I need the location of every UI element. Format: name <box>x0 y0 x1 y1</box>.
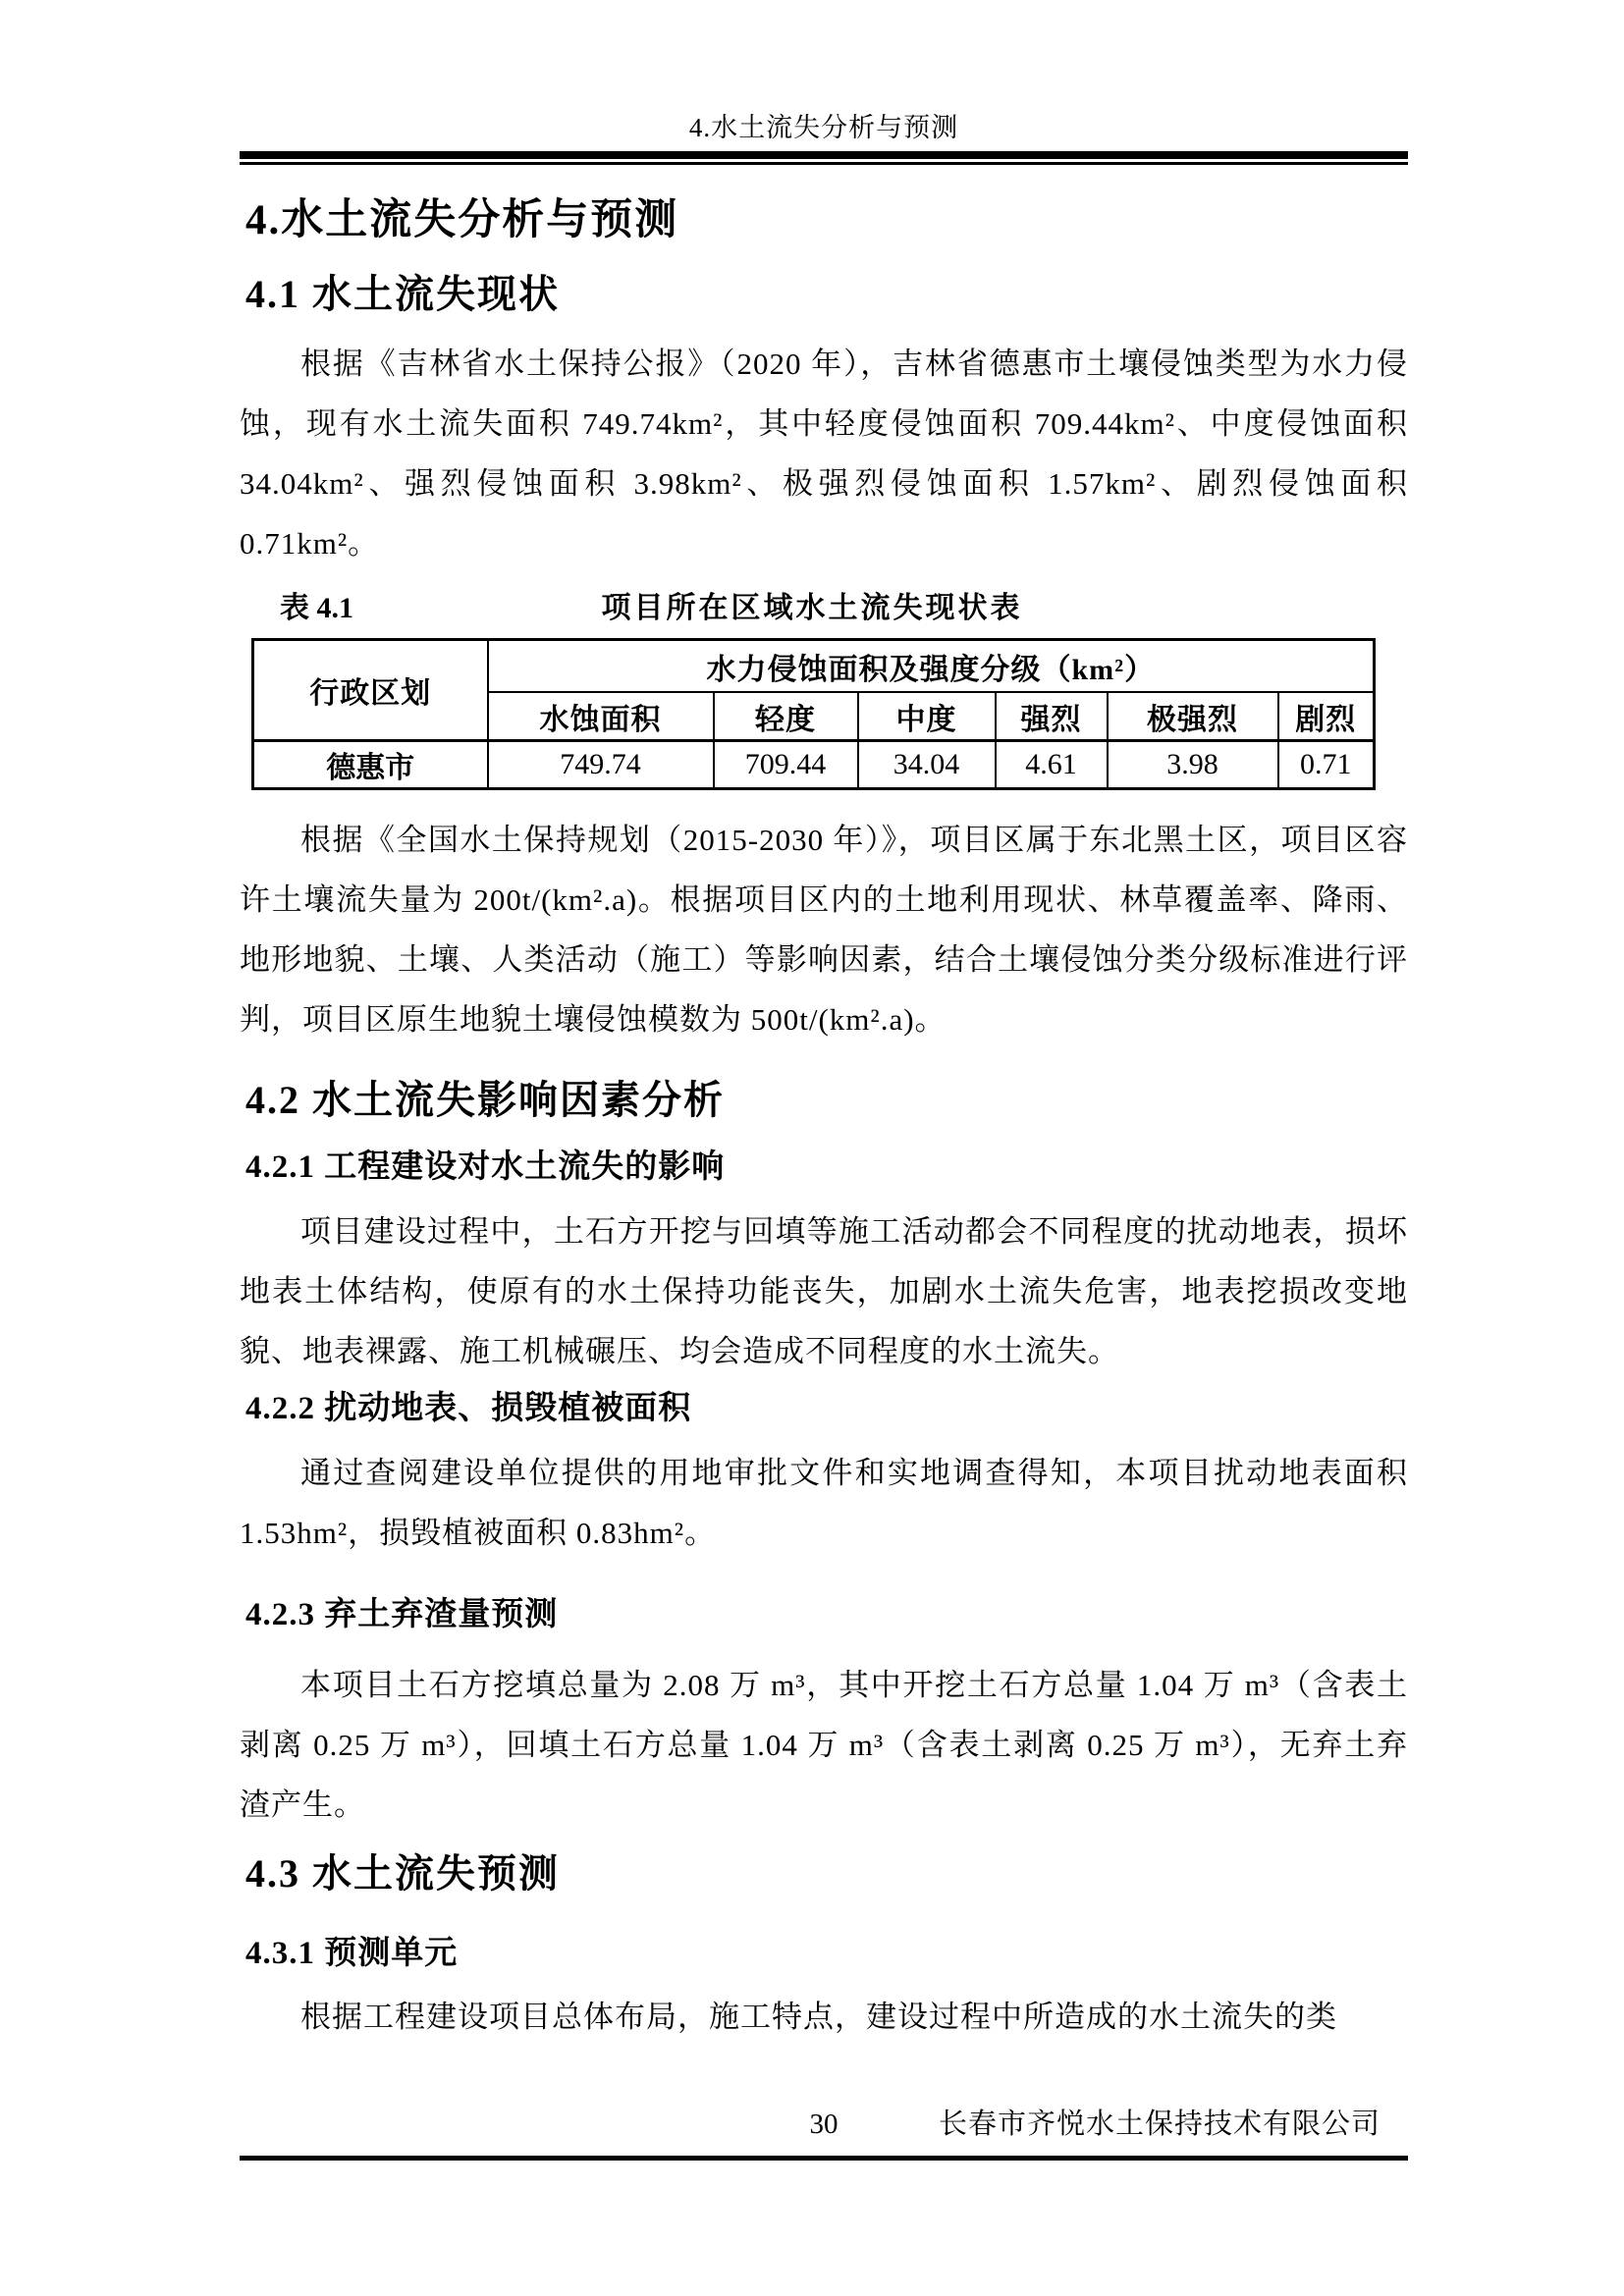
table-cell-region: 德惠市 <box>253 741 488 789</box>
paragraph-4-1-b: 根据《全国水土保持规划（2015-2030 年）》，项目区属于东北黑土区，项目区… <box>240 810 1408 1049</box>
table-cell-5: 0.71 <box>1278 741 1375 789</box>
section-heading-4-2: 4.2 水土流失影响因素分析 <box>245 1079 1408 1122</box>
paragraph-4-2-2: 通过查阅建设单位提供的用地审批文件和实地调查得知，本项目扰动地表面积 1.53h… <box>240 1443 1408 1563</box>
chapter-heading: 4.水土流失分析与预测 <box>245 198 1408 243</box>
header-rule <box>240 151 1408 165</box>
section-heading-4-1: 4.1 水土流失现状 <box>245 273 1408 316</box>
table-cell-3: 4.61 <box>996 741 1108 789</box>
paragraph-4-3-1: 根据工程建设项目总体布局，施工特点，建设过程中所造成的水土流失的类 <box>240 1987 1408 2047</box>
paragraph-4-1-a: 根据《吉林省水土保持公报》（2020 年），吉林省德惠市土壤侵蚀类型为水力侵蚀，… <box>240 334 1408 573</box>
section-heading-4-2-3: 4.2.3 弃土弃渣量预测 <box>245 1595 1408 1634</box>
document-page: 4.水土流失分析与预测 4.水土流失分析与预测 4.1 水土流失现状 根据《吉林… <box>0 0 1624 2296</box>
page-content: 4.水土流失分析与预测 4.水土流失分析与预测 4.1 水土流失现状 根据《吉林… <box>240 0 1408 2047</box>
paragraph-4-2-3: 本项目土石方挖填总量为 2.08 万 m³，其中开挖土石方总量 1.04 万 m… <box>240 1655 1408 1835</box>
table-cell-2: 34.04 <box>858 741 996 789</box>
table-row: 德惠市 749.74 709.44 34.04 4.61 3.98 0.71 <box>253 741 1375 789</box>
table-header-col-3: 强烈 <box>996 692 1108 741</box>
table-cell-4: 3.98 <box>1108 741 1278 789</box>
section-heading-4-3-1: 4.3.1 预测单元 <box>245 1934 1408 1973</box>
section-heading-4-2-2: 4.2.2 扰动地表、损毁植被面积 <box>245 1389 1408 1428</box>
paragraph-4-2-1: 项目建设过程中，土石方开挖与回填等施工活动都会不同程度的扰动地表，损坏地表土体结… <box>240 1201 1408 1381</box>
table-caption: 表 4.1 项目所在区域水土流失现状表 <box>240 587 1408 630</box>
table-header-col-5: 剧烈 <box>1278 692 1375 741</box>
table-header-col-2: 中度 <box>858 692 996 741</box>
section-heading-4-2-1: 4.2.1 工程建设对水土流失的影响 <box>245 1148 1408 1187</box>
table-header-region: 行政区划 <box>253 640 488 741</box>
footer-company-name: 长春市齐悦水土保持技术有限公司 <box>939 2104 1380 2145</box>
table-header-col-0: 水蚀面积 <box>488 692 714 741</box>
page-footer: 30 长春市齐悦水土保持技术有限公司 <box>240 2104 1408 2149</box>
erosion-status-table: 行政区划 水力侵蚀面积及强度分级（km²） 水蚀面积 轻度 中度 强烈 极强烈 … <box>251 638 1376 790</box>
table-header-col-4: 极强烈 <box>1108 692 1278 741</box>
table-header-span: 水力侵蚀面积及强度分级（km²） <box>488 640 1375 693</box>
table-caption-title: 项目所在区域水土流失现状表 <box>251 587 1373 630</box>
table-header-col-1: 轻度 <box>714 692 858 741</box>
table-cell-0: 749.74 <box>488 741 714 789</box>
page-header-title: 4.水土流失分析与预测 <box>240 0 1408 145</box>
table-header-row-1: 行政区划 水力侵蚀面积及强度分级（km²） <box>253 640 1375 693</box>
table-cell-1: 709.44 <box>714 741 858 789</box>
footer-rule <box>240 2156 1408 2161</box>
section-heading-4-3: 4.3 水土流失预测 <box>245 1852 1408 1896</box>
